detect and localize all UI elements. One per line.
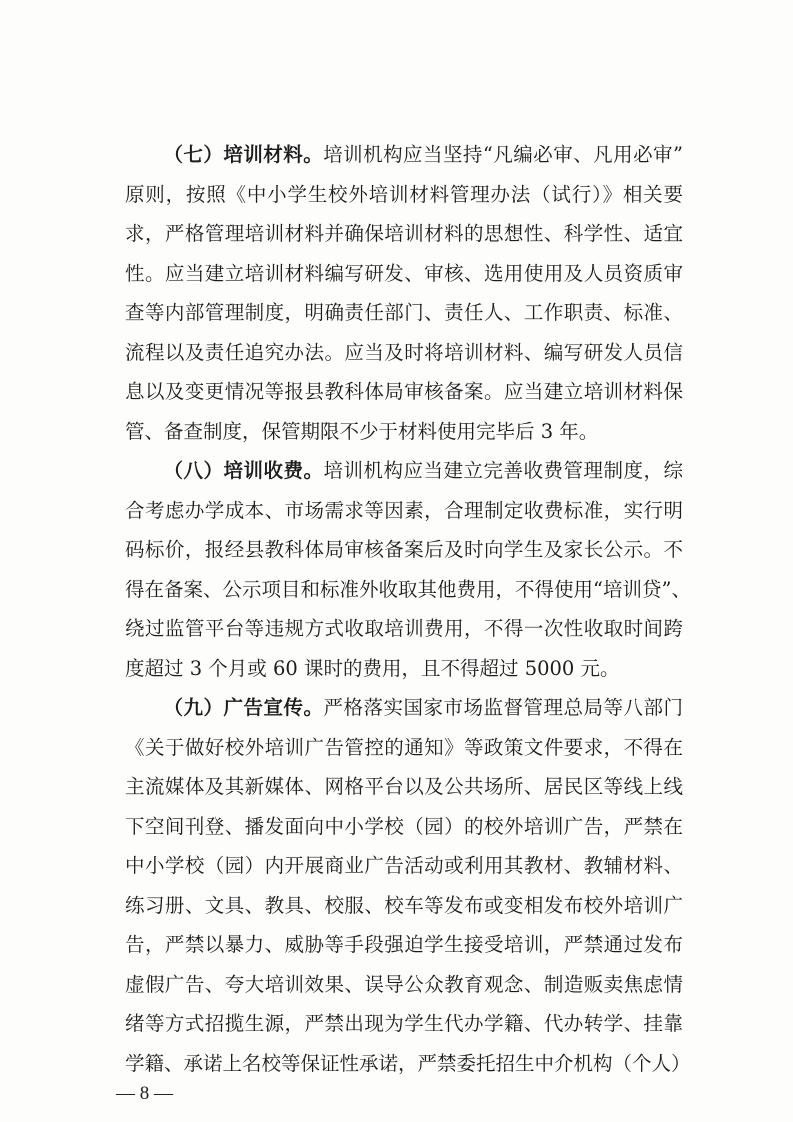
section-7-line-6: 流程以及责任追究办法。应当及时将培训材料、编写研发人员信	[125, 338, 683, 368]
section-8-line-2: 合考虑办学成本、市场需求等因素，合理制定收费标准，实行明	[125, 496, 683, 526]
section-9-line-1: （九）广告宣传。严格落实国家市场监督管理总局等八部门	[125, 693, 683, 723]
section-9-line-5: 中小学校（园）内开展商业广告活动或利用其教材、教辅材料、	[125, 851, 683, 881]
section-9-line-10: 学籍、承诺上名校等保证性承诺，严禁委托招生中介机构（个人）	[125, 1049, 683, 1079]
section-8-line-4: 得在备案、公示项目和标准外收取其他费用，不得使用“培训贷”、	[125, 575, 683, 605]
section-9-heading: （九）广告宣传。	[163, 696, 324, 719]
section-7-line-7: 息以及变更情况等报县教科体局审核备案。应当建立培训材料保	[125, 377, 683, 407]
document-page: （七）培训材料。培训机构应当坚持“凡编必审、凡用必审” 原则，按照《中小学生校外…	[0, 0, 793, 1122]
section-9-line-7: 告，严禁以暴力、威胁等手段强迫学生接受培训，严禁通过发布	[125, 930, 683, 960]
section-9-line-6: 练习册、文具、教具、校服、校车等发布或变相发布校外培训广	[125, 891, 683, 921]
section-7-line-5: 查等内部管理制度，明确责任部门、责任人、工作职责、标准、	[125, 298, 683, 328]
section-9-line-9: 绪等方式招揽生源，严禁出现为学生代办学籍、代办转学、挂靠	[125, 1009, 683, 1039]
section-7-heading: （七）培训材料。	[163, 143, 323, 166]
section-9-line-8: 虚假广告、夸大培训效果、误导公众教育观念、制造贩卖焦虑情	[125, 970, 683, 1000]
section-7-line-1: （七）培训材料。培训机构应当坚持“凡编必审、凡用必审”	[125, 140, 683, 170]
section-8-heading: （八）培训收费。	[163, 459, 324, 482]
section-9-line-3: 主流媒体及其新媒体、网格平台以及公共场所、居民区等线上线	[125, 772, 683, 802]
section-7-line-3: 求，严格管理培训材料并确保培训材料的思想性、科学性、适宜	[125, 219, 683, 249]
page-number: — 8 —	[116, 1080, 173, 1108]
section-7-line-2: 原则，按照《中小学生校外培训材料管理办法（试行）》相关要	[125, 180, 683, 210]
section-8-line-3: 码标价，报经县教科体局审核备案后及时向学生及家长公示。不	[125, 535, 683, 565]
section-7-line-8: 管、备查制度，保管期限不少于材料使用完毕后 3 年。	[125, 417, 683, 447]
section-7-line-4: 性。应当建立培训材料编写研发、审核、选用使用及人员资质审	[125, 259, 683, 289]
section-8-line-5: 绕过监管平台等违规方式收取培训费用，不得一次性收取时间跨	[125, 614, 683, 644]
section-9-line-2: 《关于做好校外培训广告管控的通知》等政策文件要求，不得在	[125, 733, 683, 763]
section-8-line-1: （八）培训收费。培训机构应当建立完善收费管理制度，综	[125, 456, 683, 486]
section-9-line-4: 下空间刊登、播发面向中小学校（园）的校外培训广告，严禁在	[125, 812, 683, 842]
section-8-line-6: 度超过 3 个月或 60 课时的费用，且不得超过 5000 元。	[125, 654, 683, 684]
